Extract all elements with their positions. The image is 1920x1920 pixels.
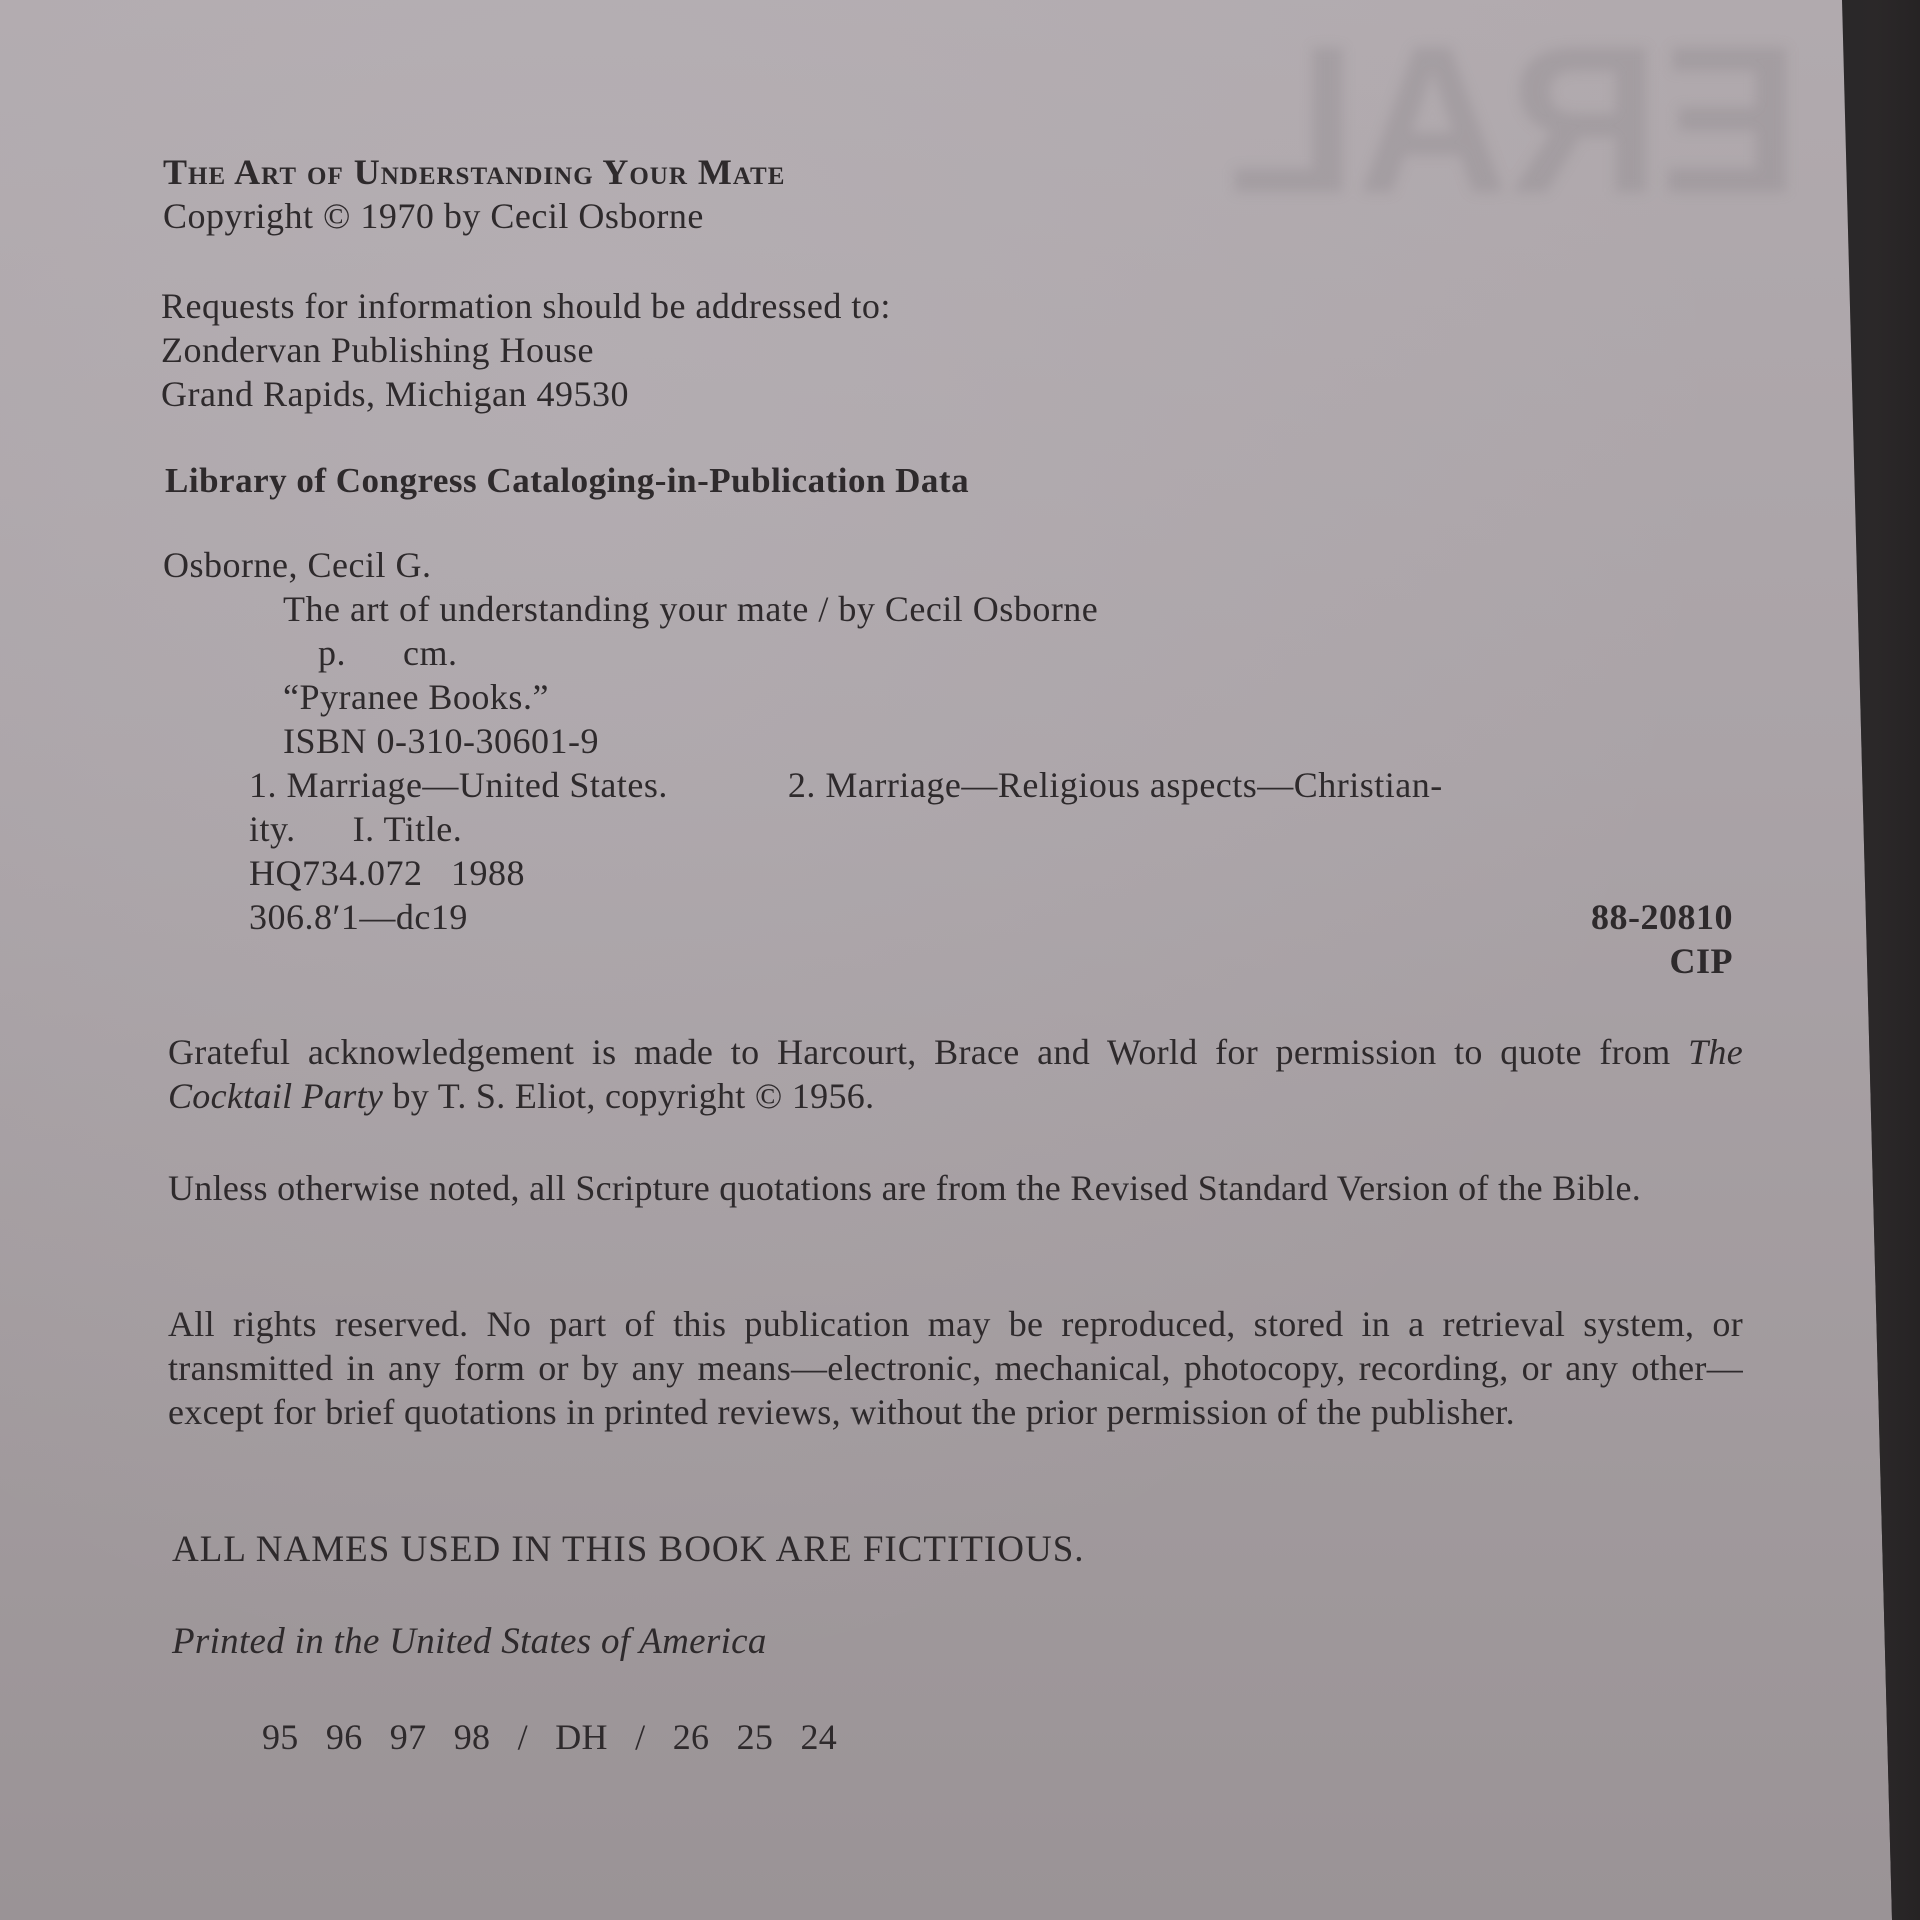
fictitious-names-notice: ALL NAMES USED IN THIS BOOK ARE FICTITIO…: [172, 1528, 1747, 1572]
cip-title-statement: The art of understanding your mate / by …: [163, 587, 1733, 631]
rights-notice: All rights reserved. No part of this pub…: [168, 1302, 1743, 1434]
cip-series-note: “Pyranee Books.”: [163, 675, 1733, 719]
printing-line: 95 96 97 98 / DH / 26 25 24: [262, 1715, 1837, 1759]
acknowledgement-text: Grateful acknowledgement is made to Harc…: [168, 1032, 1688, 1072]
book-title: The Art of Understanding Your Mate: [163, 150, 785, 194]
acknowledgement-text-end: by T. S. Eliot, copyright © 1956.: [383, 1076, 874, 1116]
cip-isbn: ISBN 0-310-30601-9: [163, 719, 1733, 763]
publisher-address: Requests for information should be addre…: [161, 284, 891, 416]
cip-record: Osborne, Cecil G. The art of understandi…: [163, 543, 1733, 983]
cip-author: Osborne, Cecil G.: [163, 543, 1733, 587]
title-copyright-block: The Art of Understanding Your Mate Copyr…: [163, 150, 785, 238]
address-line: Grand Rapids, Michigan 49530: [161, 372, 891, 416]
cip-dewey: 306.8′1—dc19: [249, 895, 468, 939]
cip-lc-class: HQ734.072 1988: [163, 851, 1733, 895]
acknowledgement-paragraph: Grateful acknowledgement is made to Harc…: [168, 1030, 1743, 1118]
cip-subjects: 1. Marriage—United States. 2. Marriage—R…: [163, 763, 1643, 807]
printed-in: Printed in the United States of America: [172, 1620, 1747, 1664]
copyright-line: Copyright © 1970 by Cecil Osborne: [163, 194, 785, 238]
address-line: Requests for information should be addre…: [161, 284, 891, 328]
cip-mark: CIP: [163, 939, 1733, 983]
scripture-note: Unless otherwise noted, all Scripture qu…: [168, 1166, 1743, 1210]
cip-lccn: 88-20810: [1591, 895, 1733, 939]
book-page: ERAL The Art of Understanding Your Mate …: [0, 0, 1920, 1920]
cip-subject-1: 1. Marriage—United States.: [249, 763, 668, 807]
cip-heading: Library of Congress Cataloging-in-Public…: [165, 459, 969, 503]
cip-physical: p. cm.: [163, 631, 1733, 675]
cip-dewey-row: 306.8′1—dc19 88-20810: [163, 895, 1733, 939]
cip-subject-2: 2. Marriage—Religious aspects—Christian-: [788, 763, 1443, 807]
address-line: Zondervan Publishing House: [161, 328, 891, 372]
cip-subject-cont: ity. I. Title.: [163, 807, 1733, 851]
